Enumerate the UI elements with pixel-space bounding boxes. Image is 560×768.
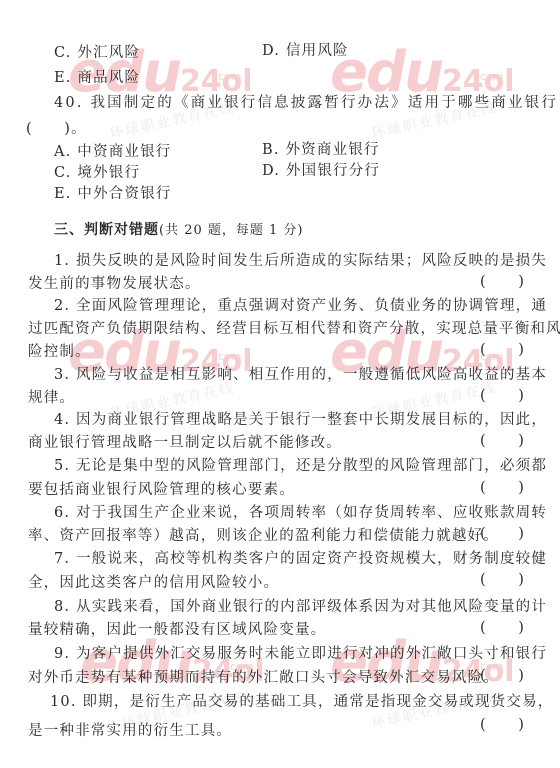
option-e: E. 商品风险 xyxy=(54,69,140,87)
tf-item-3-line1: 3. 风险与收益是相互影响、相互作用的，一般遵循低风险高收益的基本 xyxy=(54,366,547,384)
exam-page: edu24ol com 环球职业教育在线 edu24ol com 环球职业教育在… xyxy=(0,0,560,768)
question-40-blank: ( )。 xyxy=(26,120,87,138)
tf-item-2-line2: 过匹配资产负债期限结构、经营目标互相代替和资产分散，实现总量平衡和风 xyxy=(28,320,560,338)
tf-item-2-line1: 2. 全面风险管理理论，重点强调对资产业务、负债业务的协调管理，通 xyxy=(54,297,547,315)
tf-item-4-line1: 4. 因为商业银行管理战略是关于银行一整套中长期发展目标的，因此， xyxy=(54,411,547,429)
watermark-logo: edu24ol com 环球职业教育在线 xyxy=(330,40,510,130)
answer-blank[interactable]: ( ) xyxy=(480,571,525,589)
answer-blank[interactable]: ( ) xyxy=(480,341,525,359)
tf-item-10-line2: 是一种非常实用的衍生工具。 xyxy=(28,722,232,740)
answer-blank[interactable]: ( ) xyxy=(480,432,525,450)
section-note: (共 20 题，每题 1 分) xyxy=(159,223,304,238)
tf-item-5-line2: 要包括商业银行风险管理的核心要素。 xyxy=(28,481,295,499)
tf-item-6-line1: 6. 对于我国生产企业来说，各项周转率（如存货周转率、应收账款周转 xyxy=(54,504,547,522)
tf-item-10-line1: 10. 即期，是衍生产品交易的基础工具，通常是指现金交易或现货交易， xyxy=(50,693,553,711)
answer-blank[interactable]: ( ) xyxy=(480,667,525,685)
answer-blank[interactable]: ( ) xyxy=(480,525,525,543)
answer-blank[interactable]: ( ) xyxy=(480,479,525,497)
option-c: C. 外汇风险 xyxy=(54,44,140,62)
tf-item-9-line2: 对外币走势有某种预期而持有的外汇敞口头寸会导致外汇交易风险。 xyxy=(28,669,499,687)
option-e: E. 中外合资银行 xyxy=(54,185,172,203)
tf-item-7-line2: 全，因此这类客户的信用风险较小。 xyxy=(28,574,279,592)
tf-item-8-line2: 量较精确，因此一般都没有区域风险变量。 xyxy=(28,621,326,639)
tf-item-9-line1: 9. 为客户提供外汇交易服务时未能立即进行对冲的外汇敞口头寸和银行 xyxy=(54,645,547,663)
answer-blank[interactable]: ( ) xyxy=(480,619,525,637)
tf-item-3-line2: 规律。 xyxy=(28,389,75,407)
section-heading: 三、判断对错题(共 20 题，每题 1 分) xyxy=(54,221,304,240)
section-title: 三、判断对错题 xyxy=(54,222,159,238)
tf-item-8-line1: 8. 从实践来看，国外商业银行的内部评级体系因为对其他风险变量的计 xyxy=(54,598,547,616)
option-d: D. 外国银行分行 xyxy=(262,162,380,180)
tf-item-7-line1: 7. 一般说来，高校等机构类客户的固定资产投资规模大，财务制度较健 xyxy=(54,550,547,568)
option-a: A. 中资商业银行 xyxy=(54,143,172,161)
question-40-stem: 40. 我国制定的《商业银行信息披露暂行办法》适用于哪些商业银行 xyxy=(54,94,558,112)
tf-item-2-line3: 险控制。 xyxy=(28,343,91,361)
tf-item-5-line1: 5. 无论是集中型的风险管理部门，还是分散型的风险管理部门，必须都 xyxy=(54,457,547,475)
option-c: C. 境外银行 xyxy=(54,164,140,182)
answer-blank[interactable]: ( ) xyxy=(480,273,525,291)
tf-item-4-line2: 商业银行管理战略一旦制定以后就不能修改。 xyxy=(28,434,342,452)
tf-item-6-line2: 率、资产回报率等）越高，则该企业的盈利能力和偿债能力就越好。 xyxy=(28,527,499,545)
answer-blank[interactable]: ( ) xyxy=(480,387,525,405)
tf-item-1-line2: 发生前的事物发展状态。 xyxy=(28,275,201,293)
answer-blank[interactable]: ( ) xyxy=(480,716,525,734)
tf-item-1-line1: 1. 损失反映的是风险时间发生后所造成的实际结果；风险反映的是损失 xyxy=(54,252,547,270)
option-b: B. 外资商业银行 xyxy=(262,141,380,159)
option-d: D. 信用风险 xyxy=(262,42,349,60)
